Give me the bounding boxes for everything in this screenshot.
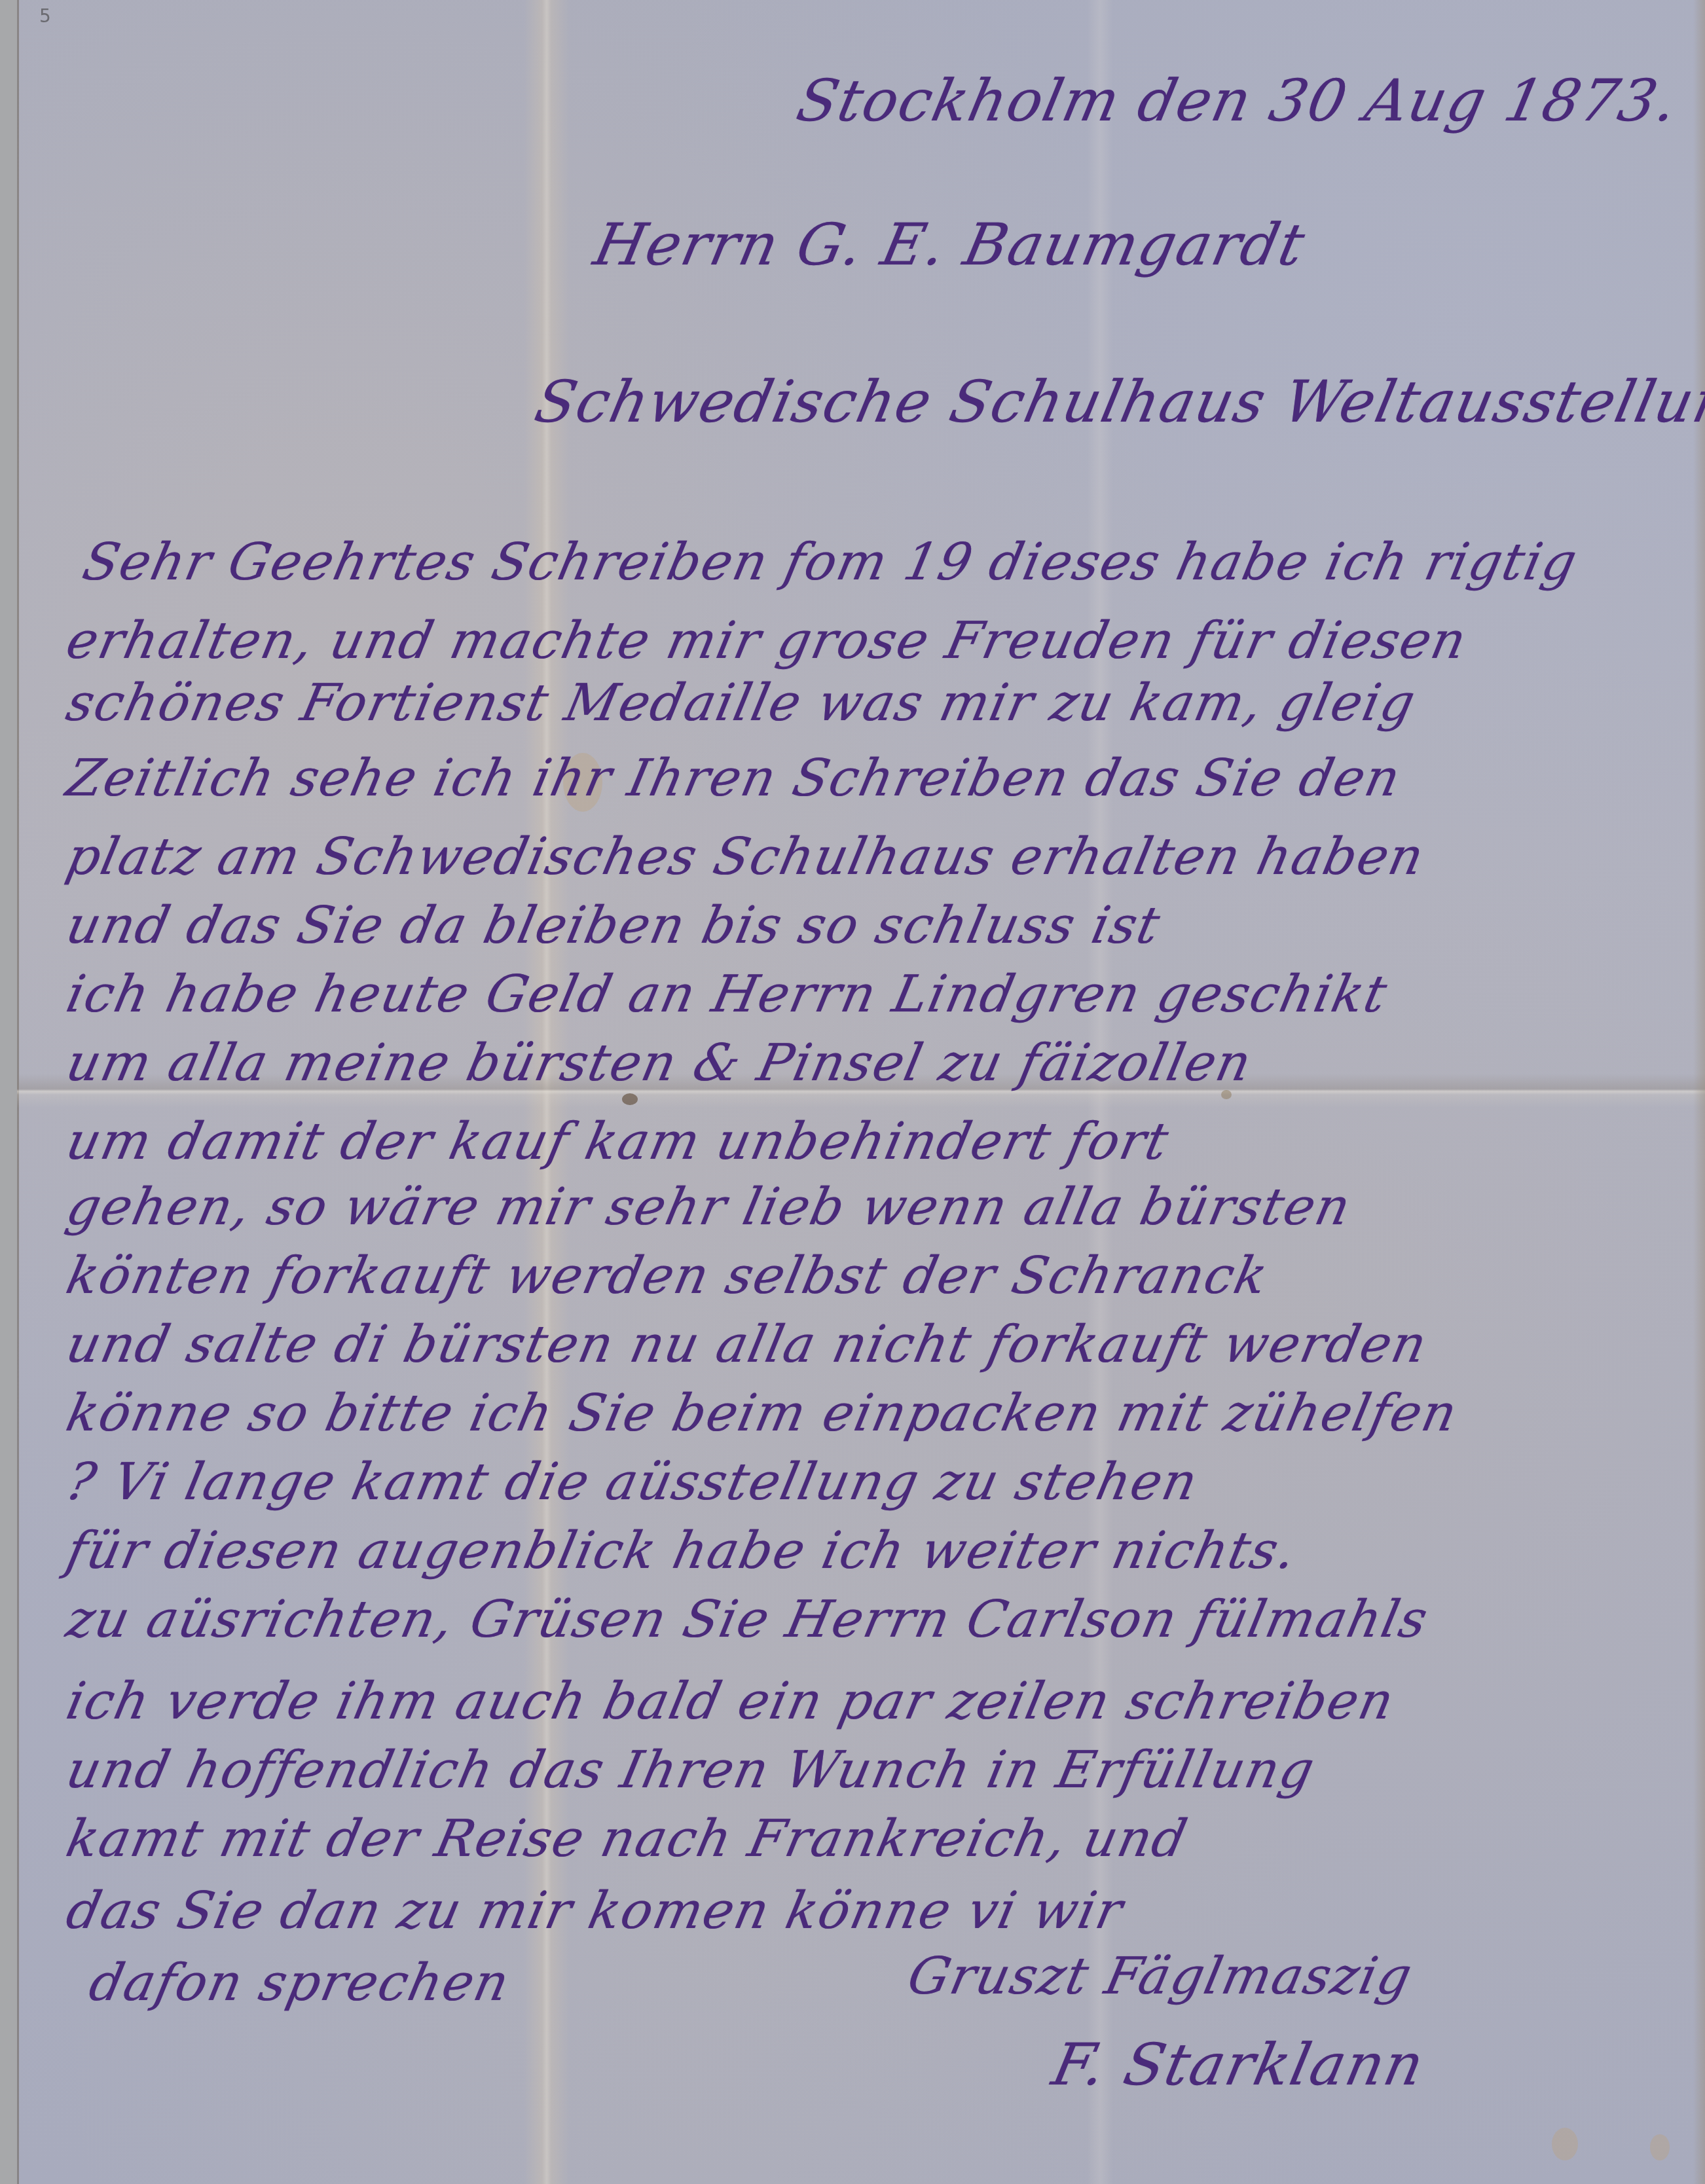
body-line-1: Sehr Geehrtes Schreiben fom 19 dieses ha… — [79, 537, 1582, 588]
body-line-2: erhalten, und machte mir grose Freuden f… — [62, 615, 1472, 666]
body-line-4: Zeitlich sehe ich ihr Ihren Schreiben da… — [62, 753, 1405, 804]
body-line-19: kamt mit der Reise nach Frankreich, und — [62, 1813, 1192, 1865]
body-line-12: und salte di bürsten nu alla nicht forka… — [62, 1319, 1432, 1370]
body-line-11: könten forkauft werden selbst der Schran… — [62, 1250, 1273, 1301]
body-line-3: schönes Fortienst Medaille was mir zu ka… — [62, 678, 1420, 729]
body-line-9: um damit der kauf kam unbehindert fort — [62, 1116, 1173, 1167]
body-line-16: zu aüsrichten, Grüsen Sie Herrn Carlson … — [62, 1594, 1433, 1645]
paper-right-edge — [1693, 0, 1705, 2184]
closing-salutation: Gruszt Fäglmaszig — [904, 1951, 1417, 2002]
pencil-mark: 5 — [39, 5, 51, 27]
body-line-14: ? Vi lange kamt die aüsstellung zu stehe… — [62, 1457, 1203, 1508]
dateline: Stockholm den 30 Aug 1873. — [792, 72, 1683, 130]
body-line-10: gehen, so wäre mir sehr lieb wenn alla b… — [62, 1182, 1356, 1233]
body-line-15: für diesen augenblick habe ich weiter ni… — [62, 1525, 1302, 1576]
body-line-6: und das Sie da bleiben bis so schluss is… — [62, 900, 1165, 951]
body-line-18: und hoffendlich das Ihren Wunch in Erfül… — [62, 1745, 1319, 1796]
signature: F. Starklann — [1048, 2036, 1429, 2094]
recipient-name: Herrn G. E. Baumgardt — [589, 216, 1310, 274]
body-line-5: platz am Schwedisches Schulhaus erhalten… — [62, 831, 1429, 883]
recipient-address: Schwedische Schulhaus Weltausstellung — [530, 373, 1705, 431]
paper-hole — [622, 1093, 638, 1105]
foxing-stain — [1650, 2134, 1670, 2160]
body-line-21: dafon sprechen — [85, 1957, 515, 2009]
body-line-17: ich verde ihm auch bald ein par zeilen s… — [62, 1676, 1399, 1727]
body-line-8: um alla meine bürsten & Pinsel zu fäizol… — [62, 1038, 1256, 1089]
foxing-stain — [1552, 2128, 1578, 2160]
body-line-7: ich habe heute Geld an Herrn Lindgren ge… — [62, 969, 1392, 1020]
body-line-13: könne so bitte ich Sie beim einpacken mi… — [62, 1388, 1462, 1439]
body-line-20: das Sie dan zu mir komen könne vi wir — [62, 1885, 1128, 1937]
